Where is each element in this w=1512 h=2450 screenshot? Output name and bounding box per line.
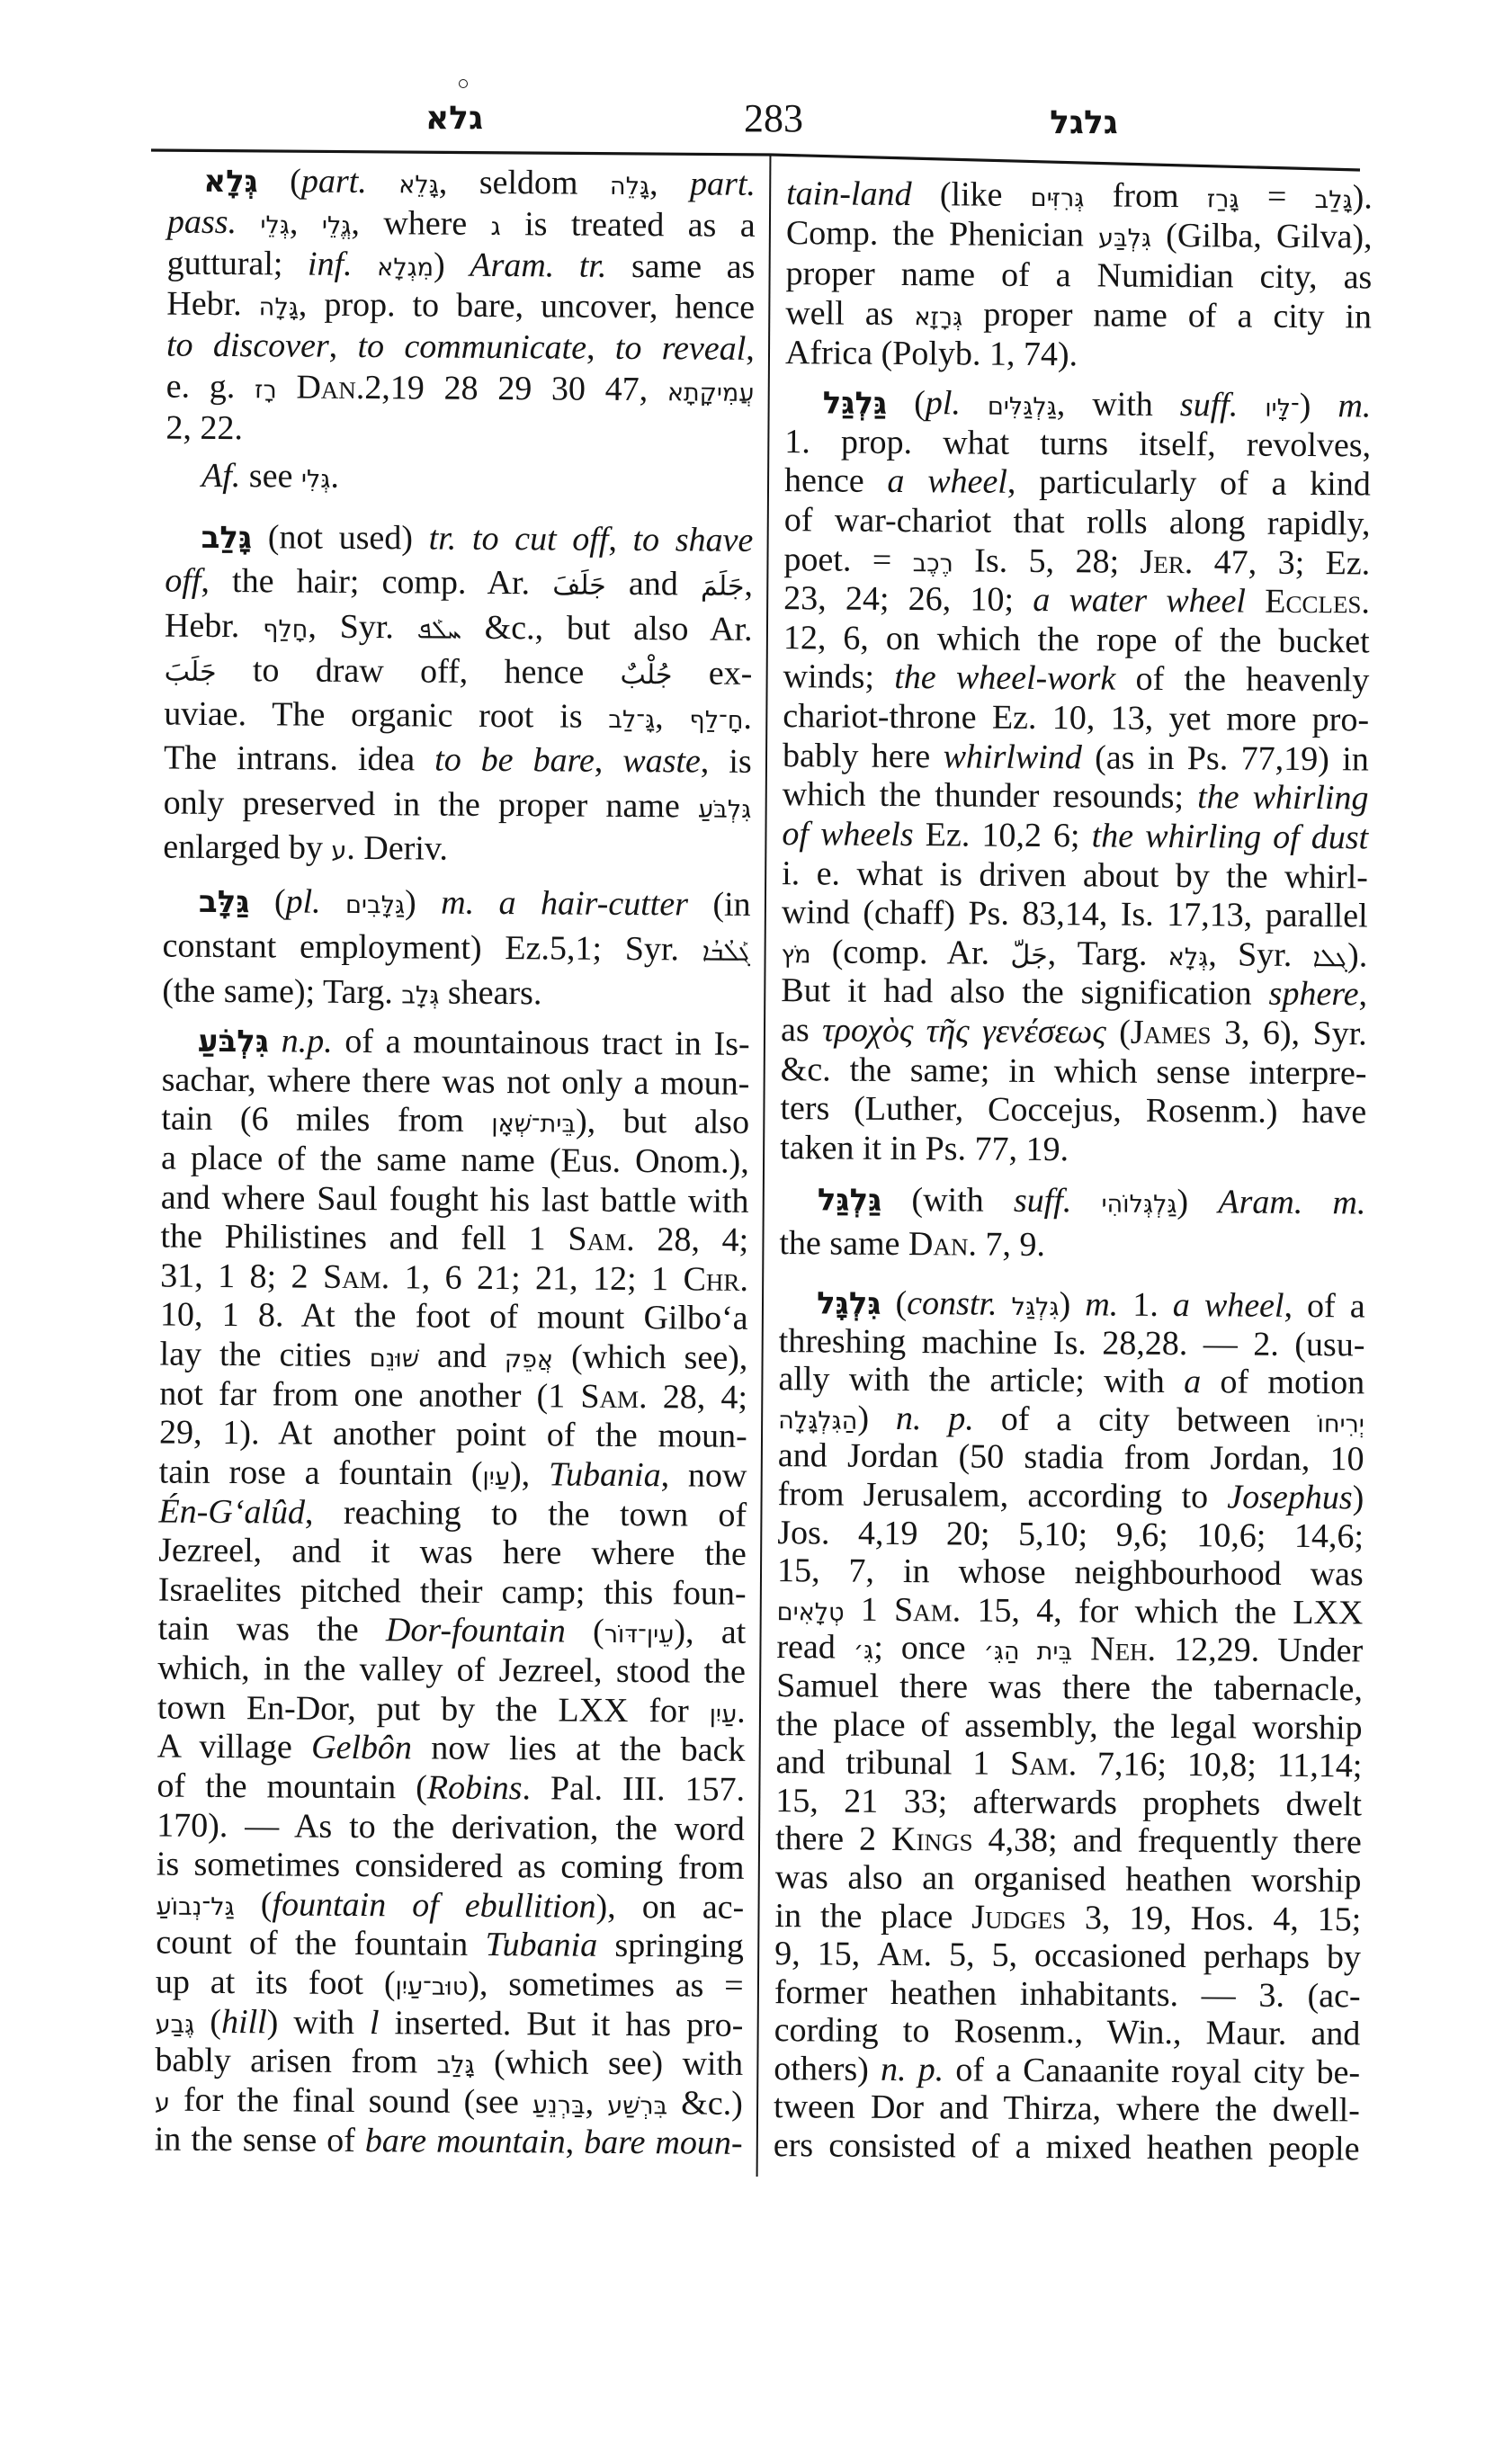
- text-run: proper name of a city in: [962, 295, 1372, 335]
- italic-text: hill: [221, 2003, 267, 2041]
- text-run: ,: [655, 698, 690, 736]
- text-run: ), on ac-: [595, 1888, 744, 1927]
- text-run: bably here: [783, 737, 944, 775]
- text-line: (the same); Targ. גְּלָב shears.: [162, 969, 750, 1017]
- italic-text: Af.: [201, 457, 241, 495]
- text-run: ex-: [672, 654, 752, 693]
- text-line: גִּלְבֹּעַ n.p. of a mountainous tract i…: [162, 1022, 750, 1065]
- text-line: count of the fountain Tubania springing: [156, 1924, 744, 1967]
- text-run: , reaching to the town of: [305, 1493, 747, 1533]
- text-run: 29, 1). At another point of the moun-: [159, 1414, 747, 1455]
- line-content: is sometimes considered as coming from: [157, 1846, 745, 1889]
- line-content: גִּלְבֹּעַ n.p. of a mountainous tract i…: [198, 1022, 750, 1066]
- hebrew-text: גְּלָא: [1168, 943, 1209, 971]
- line-content: threshing machine Is. 28,28. — 2. (usu-: [779, 1322, 1365, 1364]
- italic-text: Gelbôn: [311, 1729, 412, 1767]
- text-line: i. e. what is driven about by the whirl-: [782, 854, 1368, 898]
- text-run: , Syr.: [1208, 935, 1313, 974]
- line-content: in the sense of bare mountain, bare moun…: [155, 2120, 743, 2163]
- text-run: tween Dor and Thirza, where the dwell-: [774, 2088, 1360, 2130]
- text-line: constant employment) Ez.5,1; Syr. ܓܰܠܳܒܳ…: [162, 924, 750, 972]
- text-run: ,: [608, 521, 632, 559]
- text-line: cording to Rosenm., Win., Maur. and: [774, 2011, 1361, 2053]
- text-run: 12,29. Under: [1156, 1631, 1363, 1670]
- text-run: ,: [586, 2084, 608, 2122]
- text-run: 1.: [1118, 1286, 1173, 1324]
- text-run: 1: [844, 1590, 894, 1628]
- text-line: not far from one another (1 Sam. 28, 4;: [159, 1374, 747, 1417]
- text-run: 47, 3; Ez.: [1193, 543, 1370, 582]
- line-content: there 2 Kings 4,38; and frequently there: [775, 1820, 1362, 1862]
- text-run: which the thunder resounds;: [783, 775, 1198, 816]
- italic-text: Aram. m.: [1218, 1183, 1365, 1221]
- line-content: only preserved in the proper name גִּלְב…: [164, 781, 752, 832]
- italic-text: pl.: [926, 384, 961, 422]
- italic-text: suff.: [1180, 386, 1239, 424]
- line-content: off, the hair; comp. Ar. جَلَفَ and جَلَ…: [165, 559, 753, 610]
- hebrew-text: הַגִּלְגָּלָה: [778, 1407, 857, 1435]
- text-run: ,: [744, 566, 753, 604]
- text-run: the Philistines and fell 1: [160, 1218, 568, 1258]
- text-line: poet. = רֶכֶב Is. 5, 28; Jer. 47, 3; Ez.: [783, 541, 1370, 584]
- line-content: to discover, to communicate, to reveal,: [166, 326, 755, 371]
- text-line: guttural; inf. מִגְלָא) Aram. tr. same a…: [167, 243, 756, 288]
- line-content: tween Dor and Thirza, where the dwell-: [774, 2088, 1360, 2131]
- text-run: , now: [661, 1456, 747, 1495]
- line-content: bably here whirlwind (as in Ps. 77,19) i…: [783, 737, 1369, 780]
- italic-text: suff.: [1014, 1182, 1072, 1220]
- line-content: ers consisted of a mixed heathen people: [774, 2126, 1360, 2168]
- text-line: A village Gelbôn now lies at the back: [157, 1728, 746, 1771]
- text-run: and where Saul fought his last battle wi…: [161, 1178, 749, 1220]
- line-content: Africa (Polyb. 1, 74).: [785, 333, 1078, 374]
- dictionary-entry: tain-land (like גְּרִזִּים from גָּרַז =…: [785, 174, 1373, 377]
- text-run: others): [774, 2050, 881, 2088]
- italic-text: m.: [1338, 387, 1371, 425]
- reference-abbrev: Sam.: [580, 1377, 647, 1415]
- text-run: poet. =: [783, 541, 912, 579]
- text-run: enlarged by: [163, 828, 331, 867]
- reference-abbrev: Kings: [891, 1820, 973, 1859]
- text-line: 15, 21 33; afterwards prophets dwelt: [775, 1782, 1362, 1824]
- text-run: [997, 1285, 1011, 1323]
- text-line: But it had also the signification sphere…: [781, 971, 1367, 1015]
- text-run: as: [781, 1011, 822, 1049]
- text-run: (comp. Ar.: [810, 933, 1010, 971]
- text-run: The intrans. idea: [164, 739, 434, 779]
- headword: גִּלְבֹּעַ: [198, 1024, 269, 1060]
- hebrew-text: גָּ־לַב: [608, 706, 655, 734]
- text-line: as τροχὸς τῆς γενέσεως (James 3, 6), Syr…: [781, 1011, 1367, 1054]
- italic-text: to shave: [632, 521, 753, 559]
- text-run: lay the cities: [159, 1336, 369, 1375]
- text-run: tain was the: [157, 1610, 386, 1650]
- text-run: &c.): [667, 2084, 743, 2123]
- text-run: and: [419, 1337, 505, 1375]
- text-line: hence a wheel, particularly of a kind: [784, 461, 1371, 505]
- line-content: the place of assembly, the legal worship: [776, 1705, 1363, 1748]
- italic-text: n. p.: [881, 2051, 944, 2088]
- italic-text: Tubania: [549, 1455, 661, 1494]
- text-run: Samuel there was there the tabernacle,: [776, 1667, 1363, 1708]
- line-content: former heathen inhabitants. — 3. (ac-: [774, 1973, 1361, 2016]
- hebrew-text: ג: [490, 213, 500, 241]
- reference-abbrev: Am.: [877, 1936, 932, 1973]
- text-run: i. e. what is driven about by the whirl-: [782, 854, 1368, 896]
- text-run: .: [737, 1692, 746, 1730]
- italic-text: part.: [301, 163, 367, 201]
- text-line: גַּל־נְבוֹעַ (fountain of ebullition), o…: [156, 1884, 744, 1927]
- hebrew-text: גִּלְבַּע: [1098, 225, 1151, 253]
- line-content: not far from one another (1 Sam. 28, 4;: [159, 1374, 747, 1417]
- text-line: 15, 7, in whose neighbourhood was: [777, 1551, 1364, 1594]
- line-content: of war-chariot that rolls along rapidly,: [784, 501, 1371, 544]
- dictionary-entry: גִּלְגָּל (constr. גִּלְגַּל) m. 1. a wh…: [774, 1283, 1365, 2168]
- text-run: (as in Ps. 77,19) in: [1082, 738, 1369, 778]
- text-run: Hebr.: [165, 606, 263, 645]
- line-content: 170). — As to the derivation, the word: [157, 1806, 745, 1849]
- hebrew-text: ־לָּיו: [1265, 395, 1300, 423]
- text-run: there 2: [775, 1820, 891, 1858]
- text-line: of war-chariot that rolls along rapidly,: [784, 501, 1371, 544]
- text-run: ), sometimes as =: [468, 1965, 744, 2005]
- line-content: sachar, where there was not only a moun-: [161, 1060, 749, 1104]
- hebrew-text: חָלַף: [263, 615, 308, 643]
- italic-text: a wheel: [1173, 1286, 1284, 1325]
- text-line: proper name of a Numidian city, as: [785, 254, 1372, 298]
- text-line: 10, 1 8. At the foot of mount Gilbo‘a: [160, 1296, 748, 1339]
- text-line: 1. prop. what turns itself, revolves,: [784, 423, 1371, 466]
- italic-text: l: [370, 2004, 380, 2042]
- hebrew-text: טְלָאִים: [777, 1598, 845, 1626]
- text-run: 23, 24; 26, 10;: [783, 579, 1033, 619]
- text-run: town En-Dor, put by the LXX for: [157, 1688, 710, 1730]
- text-run: which, in the valley of Jezreel, stood t…: [157, 1650, 746, 1691]
- italic-text: n. p.: [896, 1399, 974, 1438]
- text-run: ,: [566, 2123, 585, 2160]
- text-line: ע for the final sound (see בַּרְנֵעַ, בִ…: [155, 2080, 743, 2124]
- text-line: there 2 Kings 4,38; and frequently there: [775, 1820, 1362, 1862]
- text-run: ), but also: [576, 1103, 749, 1141]
- text-run: and Jordan (50 stadia from Jordan, 10: [778, 1436, 1364, 1478]
- text-run: 2,19 28 29 30 47,: [364, 369, 667, 408]
- text-line: Comp. the Phenician גִּלְבַּע (Gilba, Gi…: [786, 213, 1373, 257]
- text-run: , with: [1057, 385, 1180, 424]
- text-line: and tribunal 1 Sam. 7,16; 10,8; 11,14;: [775, 1743, 1362, 1785]
- reference-abbrev: Judges: [971, 1898, 1066, 1936]
- text-run: (: [1106, 1014, 1131, 1051]
- dictionary-entry: גְּלָא (part. גָּלֵא, seldom גָּלֵה, par…: [166, 161, 756, 453]
- text-run: 15, 4, for which the LXX: [961, 1591, 1363, 1632]
- headword: גְּלָא: [203, 164, 258, 200]
- text-run: (: [235, 1885, 273, 1923]
- text-run: , of a: [1284, 1287, 1364, 1326]
- text-run: ,: [329, 327, 358, 365]
- text-run: [277, 368, 297, 406]
- text-line: tain was the Dor-fountain (עֵין־דּוֹר), …: [157, 1610, 746, 1653]
- line-content: hence a wheel, particularly of a kind: [784, 461, 1371, 505]
- text-run: 10, 1 8. At the foot of mount Gilbo‘a: [160, 1296, 748, 1337]
- line-content: ters (Luther, Coccejus, Rosenm.) have: [780, 1089, 1366, 1132]
- text-run: not far from one another (1: [159, 1374, 580, 1415]
- line-content: was also an organised heathen worship: [775, 1858, 1362, 1900]
- line-content: The intrans. idea to be bare, waste, is: [164, 737, 752, 785]
- text-run: proper name of a Numidian city, as: [785, 255, 1372, 296]
- syriac-text: ܓܰܠܳܒܳܐ: [702, 937, 751, 967]
- italic-text: Tubania: [485, 1926, 597, 1964]
- text-line: جَلَبَ to draw off, hence جُلْبٌ ex-: [165, 648, 753, 696]
- text-run: of a city between: [974, 1399, 1318, 1440]
- text-line: from Jerusalem, according to Josephus): [777, 1475, 1364, 1517]
- text-line: enlarged by ע. Deriv.: [163, 826, 751, 874]
- text-line: Af. see גְּלִי.: [166, 457, 754, 500]
- hebrew-text: גִּלְגַּל: [1011, 1293, 1059, 1321]
- line-content: A village Gelbôn now lies at the back: [157, 1728, 746, 1771]
- italic-text: off: [165, 562, 201, 600]
- hebrew-text: גְּרָזָא: [914, 303, 962, 331]
- text-run: [352, 246, 377, 283]
- reference-abbrev: Sam.: [323, 1257, 389, 1295]
- text-run: ,: [746, 330, 755, 368]
- text-run: 3, 6), Syr.: [1212, 1014, 1367, 1052]
- text-run: shears.: [439, 974, 541, 1013]
- line-content: גַּלָּב (pl. גַּלָּבִים) m. a hair-cutte…: [199, 879, 751, 931]
- text-run: ): [1300, 387, 1338, 425]
- headword: גַּלְגַּל: [818, 1182, 882, 1218]
- text-line: Én-G‘alûd, reaching to the town of: [158, 1492, 747, 1535]
- dictionary-entry: גַּלְגַּל (with suff. גַּלְגְּלוֹהִי) Ar…: [779, 1177, 1366, 1269]
- line-content: wind (chaff) Ps. 83,14, Is. 17,13, paral…: [782, 893, 1368, 936]
- text-run: (: [249, 882, 285, 920]
- hebrew-text: גְּלִי: [301, 466, 331, 494]
- text-line: up at its foot (טוּב־עַיִן), sometimes a…: [156, 1963, 744, 2007]
- text-line: 12, 6, on which the rope of the bucket: [783, 619, 1370, 662]
- text-run: read: [776, 1628, 854, 1667]
- hebrew-text: גִּ׳: [854, 1637, 874, 1665]
- syriac-text: ܓܠܐ: [1313, 943, 1348, 972]
- text-run: of the mountain (: [157, 1766, 427, 1806]
- line-content: constant employment) Ez.5,1; Syr. ܓܰܠܳܒܳ…: [162, 924, 750, 975]
- line-content: in the place Judges 3, 19, Hos. 4, 15;: [774, 1897, 1361, 1939]
- line-content: גַּלְגַּל (pl. גַּלְגַּלִּים, with suff.…: [822, 383, 1371, 429]
- text-line: גַּלְגַּל (with suff. גַּלְגְּלוֹהִי) Ar…: [780, 1177, 1366, 1225]
- text-line: גָּלַב (not used) tr. to cut off, to sha…: [165, 515, 753, 564]
- headword: גַּלָּב: [199, 884, 250, 920]
- text-run: ): [405, 883, 441, 921]
- text-line: הַגִּלְגָּלָה) n. p. of a city between י…: [778, 1399, 1364, 1441]
- text-run: tain (6 miles from: [161, 1100, 491, 1140]
- text-run: Israelites pitched their camp; this foun…: [158, 1570, 747, 1612]
- line-content: Jos. 4,19 20; 5,10; 9,6; 10,6; 14,6;: [777, 1514, 1364, 1556]
- column-divider: [756, 156, 772, 2177]
- text-run: Ez. 10,2 6;: [913, 816, 1091, 854]
- text-run: ters (Luther, Coccejus, Rosenm.) have: [780, 1089, 1366, 1131]
- line-content: guttural; inf. מִגְלָא) Aram. tr. same a…: [166, 243, 755, 291]
- text-line: which the thunder resounds; the whirling: [783, 775, 1369, 818]
- text-run: Comp. the Phenician: [786, 214, 1098, 254]
- text-run: ally with the article; with: [778, 1360, 1184, 1400]
- text-run: , particularly of a kind: [1007, 463, 1371, 504]
- text-run: Africa (Polyb. 1, 74).: [785, 334, 1078, 373]
- italic-text: the whirling of dust: [1092, 817, 1369, 856]
- text-line: the place of assembly, the legal worship: [776, 1705, 1363, 1748]
- text-run: (: [258, 162, 301, 200]
- text-line: wind (chaff) Ps. 83,14, Is. 17,13, paral…: [782, 893, 1368, 936]
- text-line: גִּלְגָּל (constr. גִּלְגַּל) m. 1. a wh…: [779, 1283, 1365, 1326]
- hebrew-text: גָּלֵה: [610, 173, 649, 201]
- reference-abbrev: Sam.: [894, 1591, 961, 1629]
- text-run: 15, 7, in whose neighbourhood was: [777, 1551, 1364, 1593]
- line-content: Samuel there was there the tabernacle,: [776, 1667, 1363, 1709]
- text-line: the same Dan. 7, 9.: [779, 1221, 1365, 1269]
- text-line: former heathen inhabitants. — 3. (ac-: [774, 1973, 1361, 2016]
- text-run: ,: [649, 165, 690, 202]
- text-line: Hebr. חָלַף, Syr. ܚܠܰܦ &c., but also Ar.: [165, 604, 753, 652]
- hebrew-text: גֶּבַע: [156, 2010, 195, 2038]
- italic-text: whirlwind: [944, 738, 1082, 776]
- reference-abbrev: James: [1131, 1014, 1212, 1052]
- hebrew-text: גֱּלֵי: [322, 212, 352, 240]
- line-content: Én-G‘alûd, reaching to the town of: [158, 1492, 747, 1535]
- text-run: (: [194, 2002, 221, 2040]
- text-run: 9, 15,: [774, 1935, 877, 1973]
- text-run: [320, 883, 345, 921]
- text-run: ,: [586, 329, 615, 367]
- line-content: &c. the same; in which sense interpre-: [781, 1051, 1367, 1094]
- line-content: جَلَبَ to draw off, hence جُلْبٌ ex-: [164, 648, 752, 698]
- text-run: only preserved in the proper name: [164, 783, 699, 825]
- hebrew-text: גְּרִזִּים: [1031, 184, 1085, 212]
- text-line: The intrans. idea to be bare, waste, is: [164, 737, 752, 785]
- line-content: others) n. p. of a Canaanite royal city …: [774, 2050, 1360, 2092]
- text-run: But it had also the signification: [781, 971, 1269, 1013]
- text-line: of the mountain (Robins. Pal. III. 157.: [157, 1766, 745, 1810]
- line-content: the same Dan. 7, 9.: [779, 1221, 1045, 1267]
- hebrew-text: מִגְלָא: [377, 254, 434, 282]
- text-run: and tribunal 1: [775, 1743, 1010, 1783]
- line-content: e. g. רָז Dan.2,19 28 29 30 47, עֲמִיקָת…: [166, 367, 755, 415]
- italic-text: bare moun-: [584, 2123, 743, 2161]
- line-content: of wheels Ez. 10,2 6; the whirling of du…: [782, 815, 1368, 858]
- line-content: proper name of a Numidian city, as: [785, 254, 1372, 298]
- line-content: and tribunal 1 Sam. 7,16; 10,8; 11,14;: [775, 1743, 1362, 1785]
- text-run: to draw off, hence: [216, 651, 620, 692]
- text-run: , the hair; comp. Ar.: [201, 562, 552, 603]
- italic-text: the whirling: [1197, 778, 1369, 817]
- hebrew-text: גָּלַב: [436, 2052, 474, 2079]
- reference-abbrev: Chr.: [683, 1260, 748, 1298]
- hebrew-text: עֵין־דּוֹר: [604, 1621, 675, 1650]
- line-content: 12, 6, on which the rope of the bucket: [783, 619, 1370, 662]
- hebrew-text: גָּרַז: [1207, 185, 1239, 213]
- hebrew-text: ע: [155, 2088, 170, 2116]
- text-line: chariot-throne Ez. 10, 13, yet more pro-: [783, 697, 1369, 740]
- reference-abbrev: Dan.: [908, 1225, 977, 1264]
- text-run: ,: [290, 203, 322, 241]
- text-run: ) with: [267, 2003, 371, 2042]
- reference-abbrev: Sam.: [568, 1221, 634, 1258]
- hebrew-text: גָּלֵא: [398, 171, 439, 199]
- text-run: (: [887, 384, 926, 422]
- text-line: ally with the article; with a of motion: [778, 1360, 1364, 1402]
- text-run: [237, 203, 261, 241]
- text-run: ).: [1353, 178, 1373, 216]
- text-run: in the sense of: [155, 2120, 365, 2159]
- line-content: 10, 1 8. At the foot of mount Gilbo‘a: [160, 1296, 748, 1339]
- hebrew-text: אֲפֵק: [505, 1346, 553, 1373]
- text-line: and Jordan (50 stadia from Jordan, 10: [778, 1436, 1364, 1479]
- hebrew-text: עֲמִיקָתָא: [667, 379, 755, 407]
- reference-abbrev: Neh.: [1090, 1631, 1156, 1668]
- text-line: is sometimes considered as coming from: [157, 1846, 745, 1889]
- headword: גַּלְגַּל: [823, 385, 888, 421]
- line-content: גַּלְגַּל (with suff. גַּלְגְּלוֹהִי) Ar…: [818, 1177, 1366, 1228]
- hebrew-text: טוּב־עַיִן: [395, 1972, 468, 2001]
- text-run: [367, 163, 399, 201]
- text-run: 31, 1 8; 2: [160, 1256, 323, 1295]
- text-run: of motion: [1201, 1363, 1364, 1401]
- text-body: גְּלָא (part. גָּלֵא, seldom גָּלֵה, par…: [0, 0, 1512, 2450]
- text-run: hence: [784, 461, 888, 500]
- italic-text: constr.: [907, 1284, 998, 1323]
- text-line: Samuel there was there the tabernacle,: [776, 1667, 1363, 1709]
- line-content: enlarged by ע. Deriv.: [163, 826, 448, 874]
- text-run: guttural;: [167, 244, 309, 282]
- hebrew-text: חָ־לַף: [689, 707, 743, 735]
- text-run: ): [1353, 1479, 1364, 1516]
- text-run: a place of the same name (Eus. Onom.),: [161, 1139, 749, 1180]
- text-run: , Syr.: [308, 607, 417, 646]
- italic-text: the wheel-work: [894, 658, 1115, 698]
- text-run: and: [606, 565, 702, 604]
- line-content: 23, 24; 26, 10; a water wheel Eccles.: [783, 579, 1370, 622]
- text-run: [269, 1022, 282, 1060]
- hebrew-text: גְּלֵי: [260, 211, 290, 239]
- dictionary-entry: Af. see גְּלִי.: [166, 457, 754, 500]
- line-content: the Philistines and fell 1 Sam. 28, 4;: [160, 1218, 748, 1261]
- text-run: in the place: [774, 1897, 971, 1936]
- text-line: bably here whirlwind (as in Ps. 77,19) i…: [783, 737, 1369, 780]
- text-line: in the sense of bare mountain, bare moun…: [155, 2120, 743, 2163]
- line-content: chariot-throne Ez. 10, 13, yet more pro-: [783, 697, 1369, 740]
- text-run: A village: [157, 1728, 312, 1766]
- hebrew-text: בַּרְנֵעַ: [532, 2091, 586, 2119]
- dictionary-page: גלא 283 גלגל גְּלָא (part. גָּלֵא, seldo…: [0, 0, 1512, 2450]
- text-run: Jezreel, and it was here where the: [158, 1532, 747, 1573]
- text-line: well as גְּרָזָא proper name of a city i…: [785, 293, 1372, 337]
- italic-text: n.p.: [282, 1022, 333, 1060]
- italic-text: sphere: [1268, 975, 1358, 1014]
- text-run: 3, 19, Hos. 4, 15;: [1066, 1899, 1361, 1938]
- text-run: (with: [881, 1181, 1014, 1220]
- italic-text: waste: [622, 742, 701, 781]
- reference-abbrev: Eccles.: [1265, 583, 1370, 621]
- text-run: Hebr.: [166, 285, 259, 324]
- headword: גִּלְגָּל: [817, 1285, 881, 1321]
- text-run: 170). — As to the derivation, the word: [157, 1806, 745, 1847]
- text-run: the same: [779, 1224, 908, 1263]
- italic-text: a: [1184, 1363, 1201, 1400]
- text-run: bably arisen from: [155, 2042, 436, 2081]
- arabic-text: جَلَفَ: [552, 570, 606, 602]
- text-run: 2, 22.: [166, 408, 243, 447]
- text-run: (: [566, 1613, 604, 1650]
- hebrew-text: ע: [331, 837, 346, 865]
- arabic-text: جَلَمَ: [701, 571, 745, 603]
- line-content: 9, 15, Am. 5, 5, occasioned perhaps by: [774, 1935, 1361, 1977]
- syriac-text: ܚܠܰܦ: [417, 614, 461, 644]
- text-line: in the place Judges 3, 19, Hos. 4, 15;: [774, 1897, 1361, 1939]
